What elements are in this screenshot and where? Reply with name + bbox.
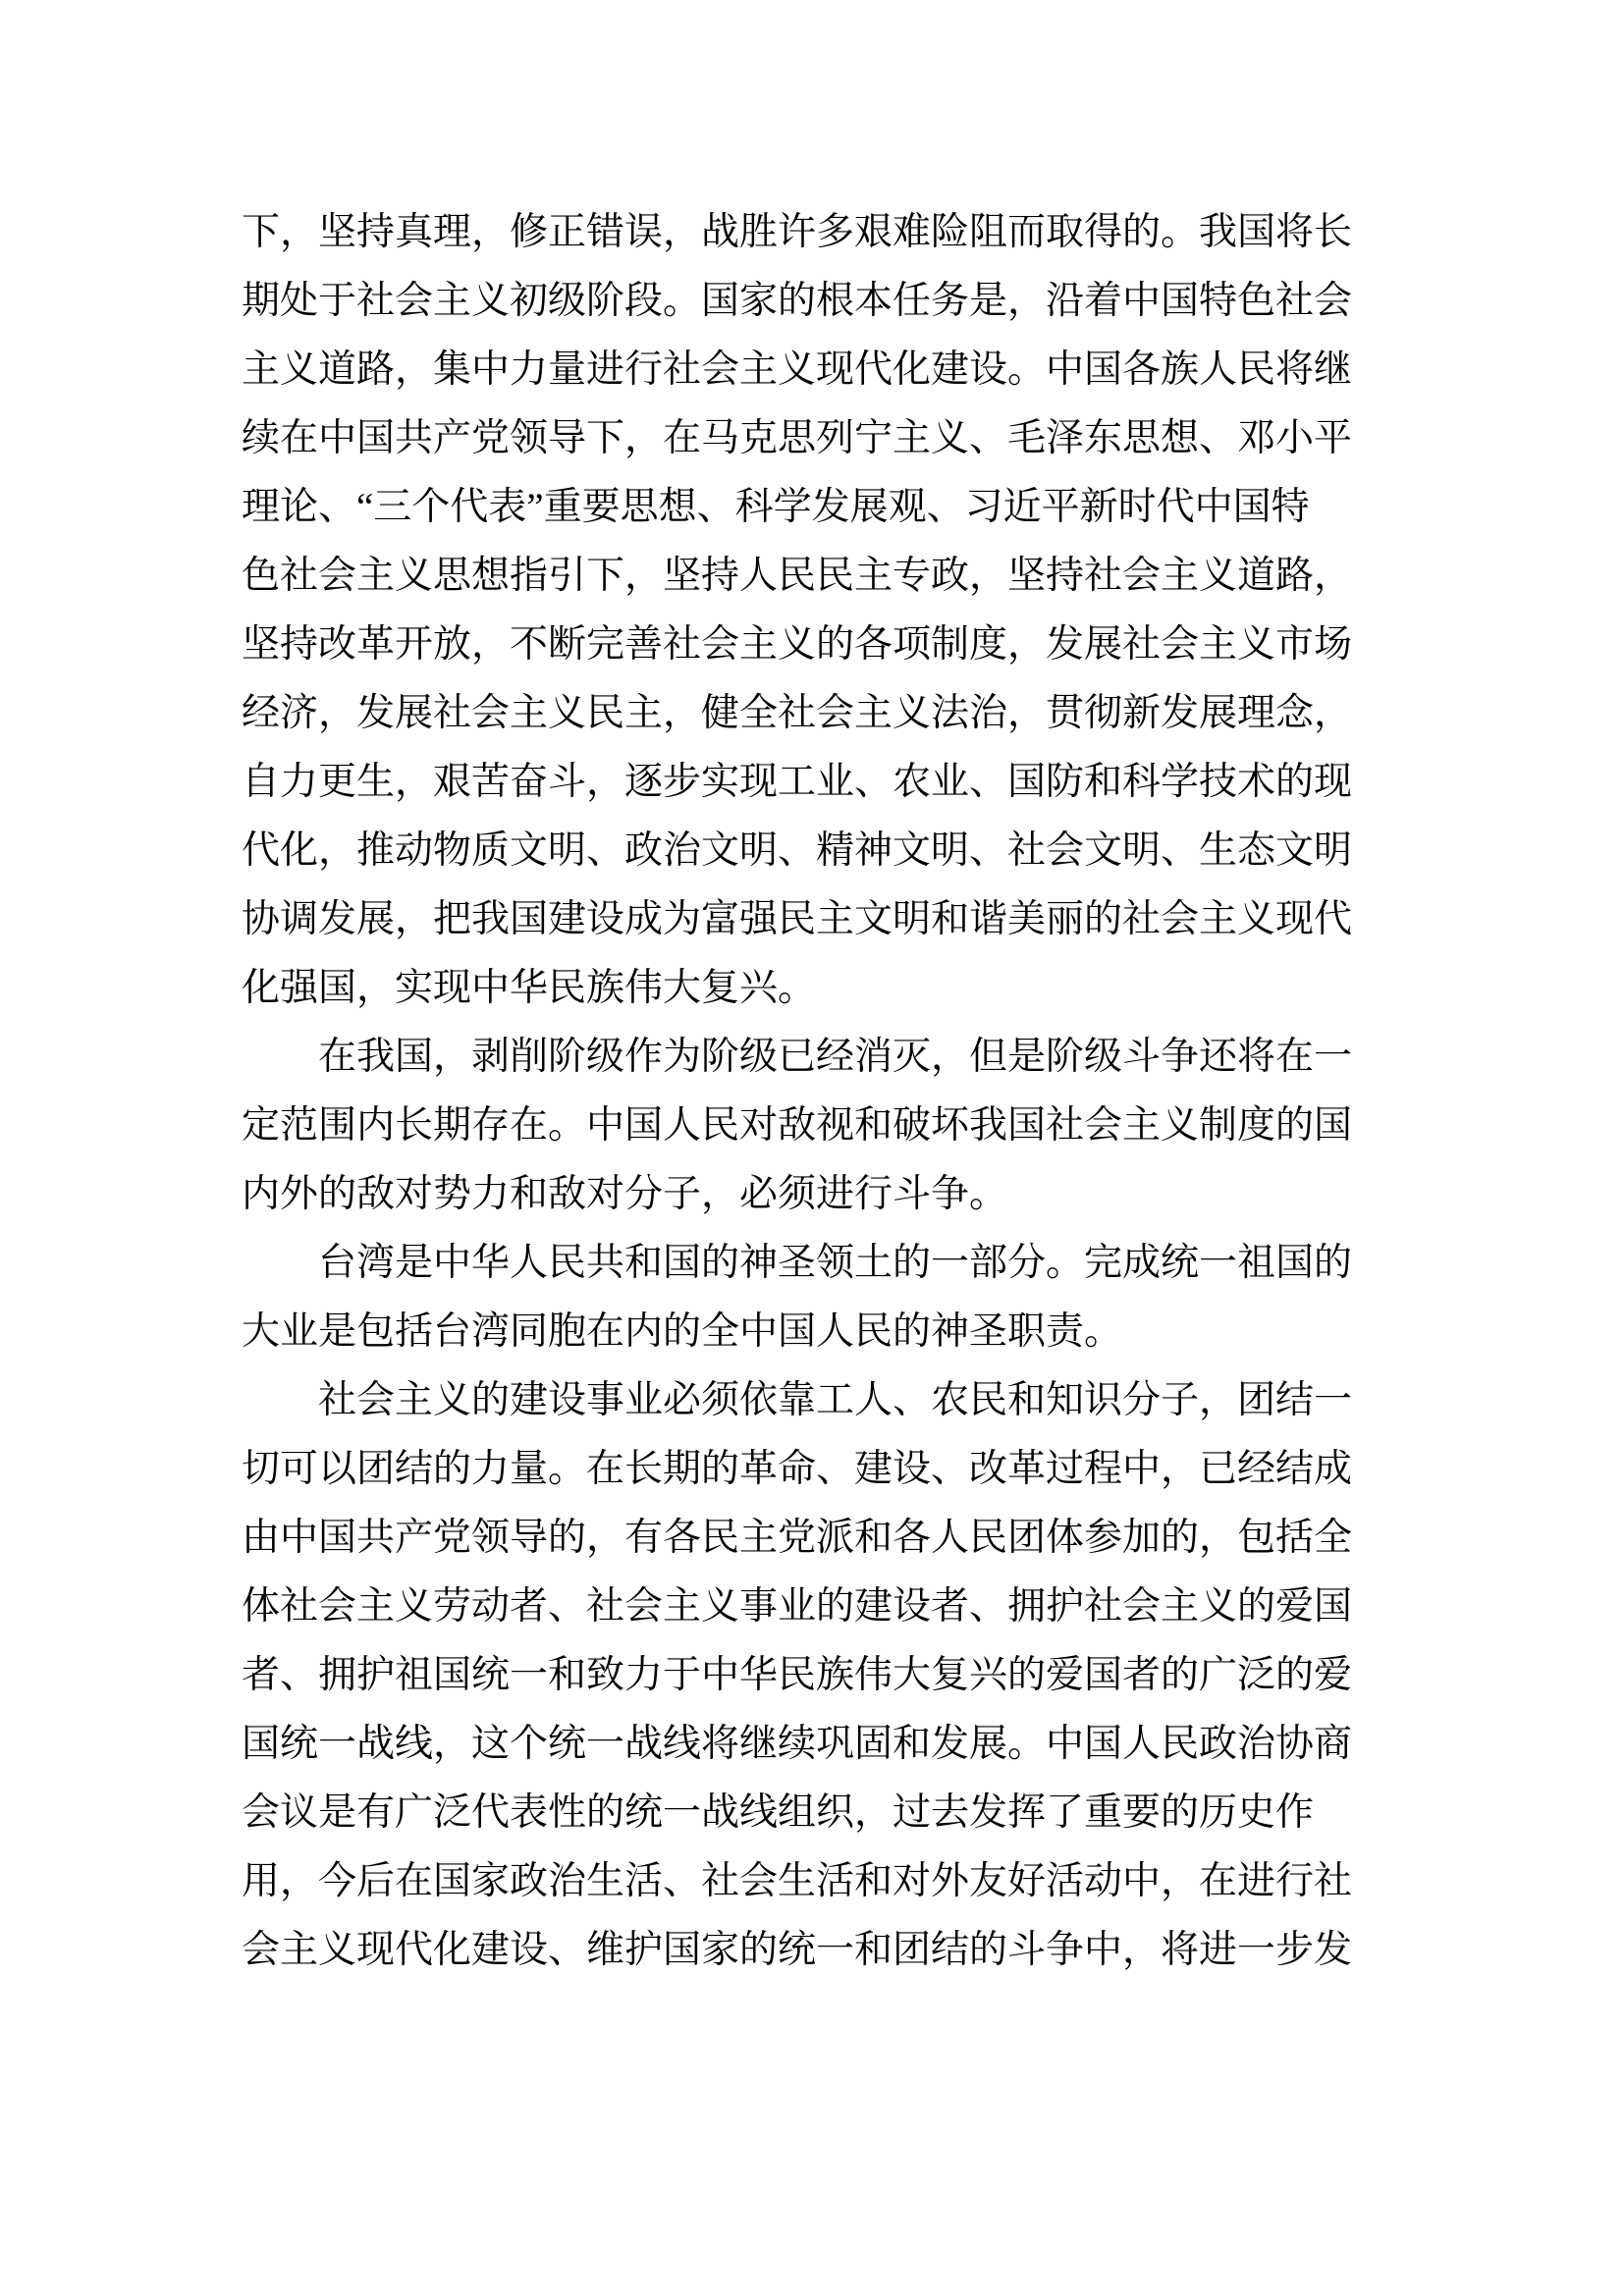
paragraph: 下，坚持真理，修正错误，战胜许多艰难险阻而取得的。我国将长期处于社会主义初级阶段… (242, 198, 1369, 1023)
text-line: 色社会主义思想指引下，坚持人民民主专政，坚持社会主义道路， (242, 542, 1369, 611)
text-line: 协调发展，把我国建设成为富强民主文明和谐美丽的社会主义现代 (242, 885, 1369, 954)
text-line: 主义道路，集中力量进行社会主义现代化建设。中国各族人民将继 (242, 336, 1369, 404)
document-page: 下，坚持真理，修正错误，战胜许多艰难险阻而取得的。我国将长期处于社会主义初级阶段… (0, 0, 1624, 2296)
text-line: 会主义现代化建设、维护国家的统一和团结的斗争中，将进一步发 (242, 1916, 1369, 1985)
text-line: 切可以团结的力量。在长期的革命、建设、改革过程中，已经结成 (242, 1435, 1369, 1504)
text-line: 下，坚持真理，修正错误，战胜许多艰难险阻而取得的。我国将长 (242, 198, 1369, 267)
text-line: 期处于社会主义初级阶段。国家的根本任务是，沿着中国特色社会 (242, 267, 1369, 336)
text-block: 下，坚持真理，修正错误，战胜许多艰难险阻而取得的。我国将长期处于社会主义初级阶段… (242, 198, 1369, 1985)
text-line: 大业是包括台湾同胞在内的全中国人民的神圣职责。 (242, 1298, 1369, 1366)
text-line: 在我国，剥削阶级作为阶级已经消灭，但是阶级斗争还将在一 (242, 1023, 1369, 1092)
paragraph: 社会主义的建设事业必须依靠工人、农民和知识分子，团结一切可以团结的力量。在长期的… (242, 1366, 1369, 1985)
text-line: 社会主义的建设事业必须依靠工人、农民和知识分子，团结一 (242, 1366, 1369, 1435)
text-line: 坚持改革开放，不断完善社会主义的各项制度，发展社会主义市场 (242, 611, 1369, 679)
text-line: 由中国共产党领导的，有各民主党派和各人民团体参加的，包括全 (242, 1504, 1369, 1573)
text-line: 经济，发展社会主义民主，健全社会主义法治，贯彻新发展理念， (242, 679, 1369, 748)
text-line: 续在中国共产党领导下，在马克思列宁主义、毛泽东思想、邓小平 (242, 404, 1369, 473)
paragraph: 在我国，剥削阶级作为阶级已经消灭，但是阶级斗争还将在一定范围内长期存在。中国人民… (242, 1023, 1369, 1229)
text-line: 体社会主义劳动者、社会主义事业的建设者、拥护社会主义的爱国 (242, 1573, 1369, 1641)
text-line: 理论、“三个代表”重要思想、科学发展观、习近平新时代中国特 (242, 473, 1369, 542)
text-line: 者、拥护祖国统一和致力于中华民族伟大复兴的爱国者的广泛的爱 (242, 1641, 1369, 1710)
text-line: 会议是有广泛代表性的统一战线组织，过去发挥了重要的历史作 (242, 1779, 1369, 1847)
text-line: 国统一战线，这个统一战线将继续巩固和发展。中国人民政治协商 (242, 1710, 1369, 1779)
text-line: 台湾是中华人民共和国的神圣领土的一部分。完成统一祖国的 (242, 1229, 1369, 1298)
text-line: 用，今后在国家政治生活、社会生活和对外友好活动中，在进行社 (242, 1847, 1369, 1916)
text-line: 定范围内长期存在。中国人民对敌视和破坏我国社会主义制度的国 (242, 1092, 1369, 1160)
text-line: 代化，推动物质文明、政治文明、精神文明、社会文明、生态文明 (242, 817, 1369, 885)
text-line: 内外的敌对势力和敌对分子，必须进行斗争。 (242, 1160, 1369, 1229)
text-line: 自力更生，艰苦奋斗，逐步实现工业、农业、国防和科学技术的现 (242, 748, 1369, 817)
text-line: 化强国，实现中华民族伟大复兴。 (242, 954, 1369, 1023)
paragraph: 台湾是中华人民共和国的神圣领土的一部分。完成统一祖国的大业是包括台湾同胞在内的全… (242, 1229, 1369, 1366)
